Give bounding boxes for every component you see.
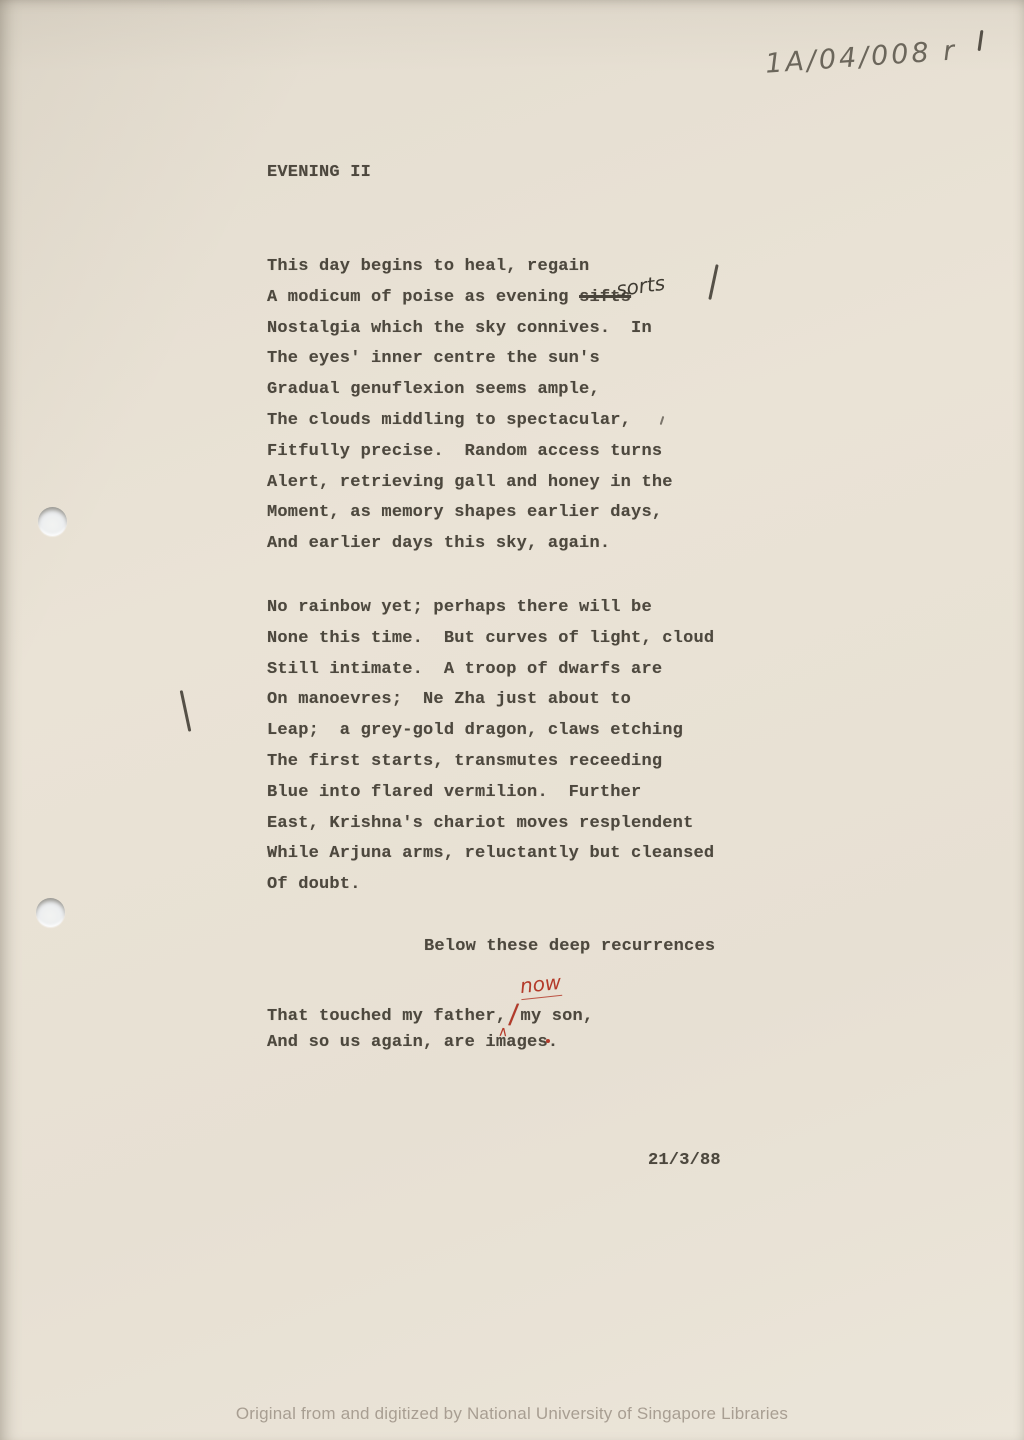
poem-title: EVENING II — [267, 163, 371, 182]
poem-line: This day begins to heal, regain — [267, 252, 673, 283]
poem-line: And earlier days this sky, again. — [267, 529, 673, 560]
poem-line: Of doubt. — [267, 870, 714, 901]
punch-hole — [38, 507, 67, 536]
poem-line: Still intimate. A troop of dwarfs are — [267, 655, 714, 686]
poem-line: None this time. But curves of light, clo… — [267, 624, 714, 655]
corner-tick-mark — [978, 30, 983, 51]
poem-line: Leap; a grey-gold dragon, claws etching — [267, 716, 714, 747]
poem-line-with-insertion: That touched my father,/my son, — [267, 997, 593, 1028]
poem-line: Alert, retrieving gall and honey in the — [267, 468, 673, 499]
poem-line: The eyes' inner centre the sun's — [267, 344, 673, 375]
punch-hole — [36, 898, 65, 927]
poem-line: On manoevres; Ne Zha just about to — [267, 685, 714, 716]
red-colon-dot — [546, 1039, 550, 1043]
indented-poem-line: Below these deep recurrences — [424, 937, 715, 956]
poem-line: Blue into flared vermilion. Further — [267, 778, 714, 809]
line-text: That touched my father, — [267, 1007, 506, 1026]
poem-line-with-correction: A modicum of poise as evening sifts — [267, 283, 673, 314]
poem-line: The clouds middling to spectacular, — [267, 406, 673, 437]
poem-line: Fitfully precise. Random access turns — [267, 437, 673, 468]
document-page: 1A/04/008 r EVENING II This day begins t… — [0, 0, 1024, 1440]
red-caret-mark: ∧ — [497, 1024, 508, 1041]
poem-line: East, Krishna's chariot moves resplenden… — [267, 809, 714, 840]
pencil-margin-mark — [180, 690, 191, 732]
digitization-footer: Original from and digitized by National … — [0, 1404, 1024, 1424]
poem-date: 21/3/88 — [648, 1151, 721, 1170]
poem-line: And so us again, are images. — [267, 1028, 593, 1059]
red-insertion-slash: / — [508, 1000, 520, 1031]
stanza-3: That touched my father,/my son, And so u… — [267, 997, 593, 1059]
poem-line: While Arjuna arms, reluctantly but clean… — [267, 839, 714, 870]
stanza-1: This day begins to heal, regain A modicu… — [267, 252, 673, 560]
poem-line: Moment, as memory shapes earlier days, — [267, 498, 673, 529]
red-handwritten-insertion-word: now — [519, 970, 563, 1000]
catalog-number-handwritten: 1A/04/008 r — [764, 35, 958, 79]
poem-line: Nostalgia which the sky connives. In — [267, 314, 673, 345]
poem-line: Gradual genuflexion seems ample, — [267, 375, 673, 406]
poem-line: No rainbow yet; perhaps there will be — [267, 593, 714, 624]
stanza-2: No rainbow yet; perhaps there will be No… — [267, 593, 714, 901]
line-text: A modicum of poise as evening — [267, 288, 579, 307]
pencil-slash-mark — [708, 264, 718, 300]
line-text: my son, — [521, 1007, 594, 1026]
poem-line: The first starts, transmutes receeding — [267, 747, 714, 778]
